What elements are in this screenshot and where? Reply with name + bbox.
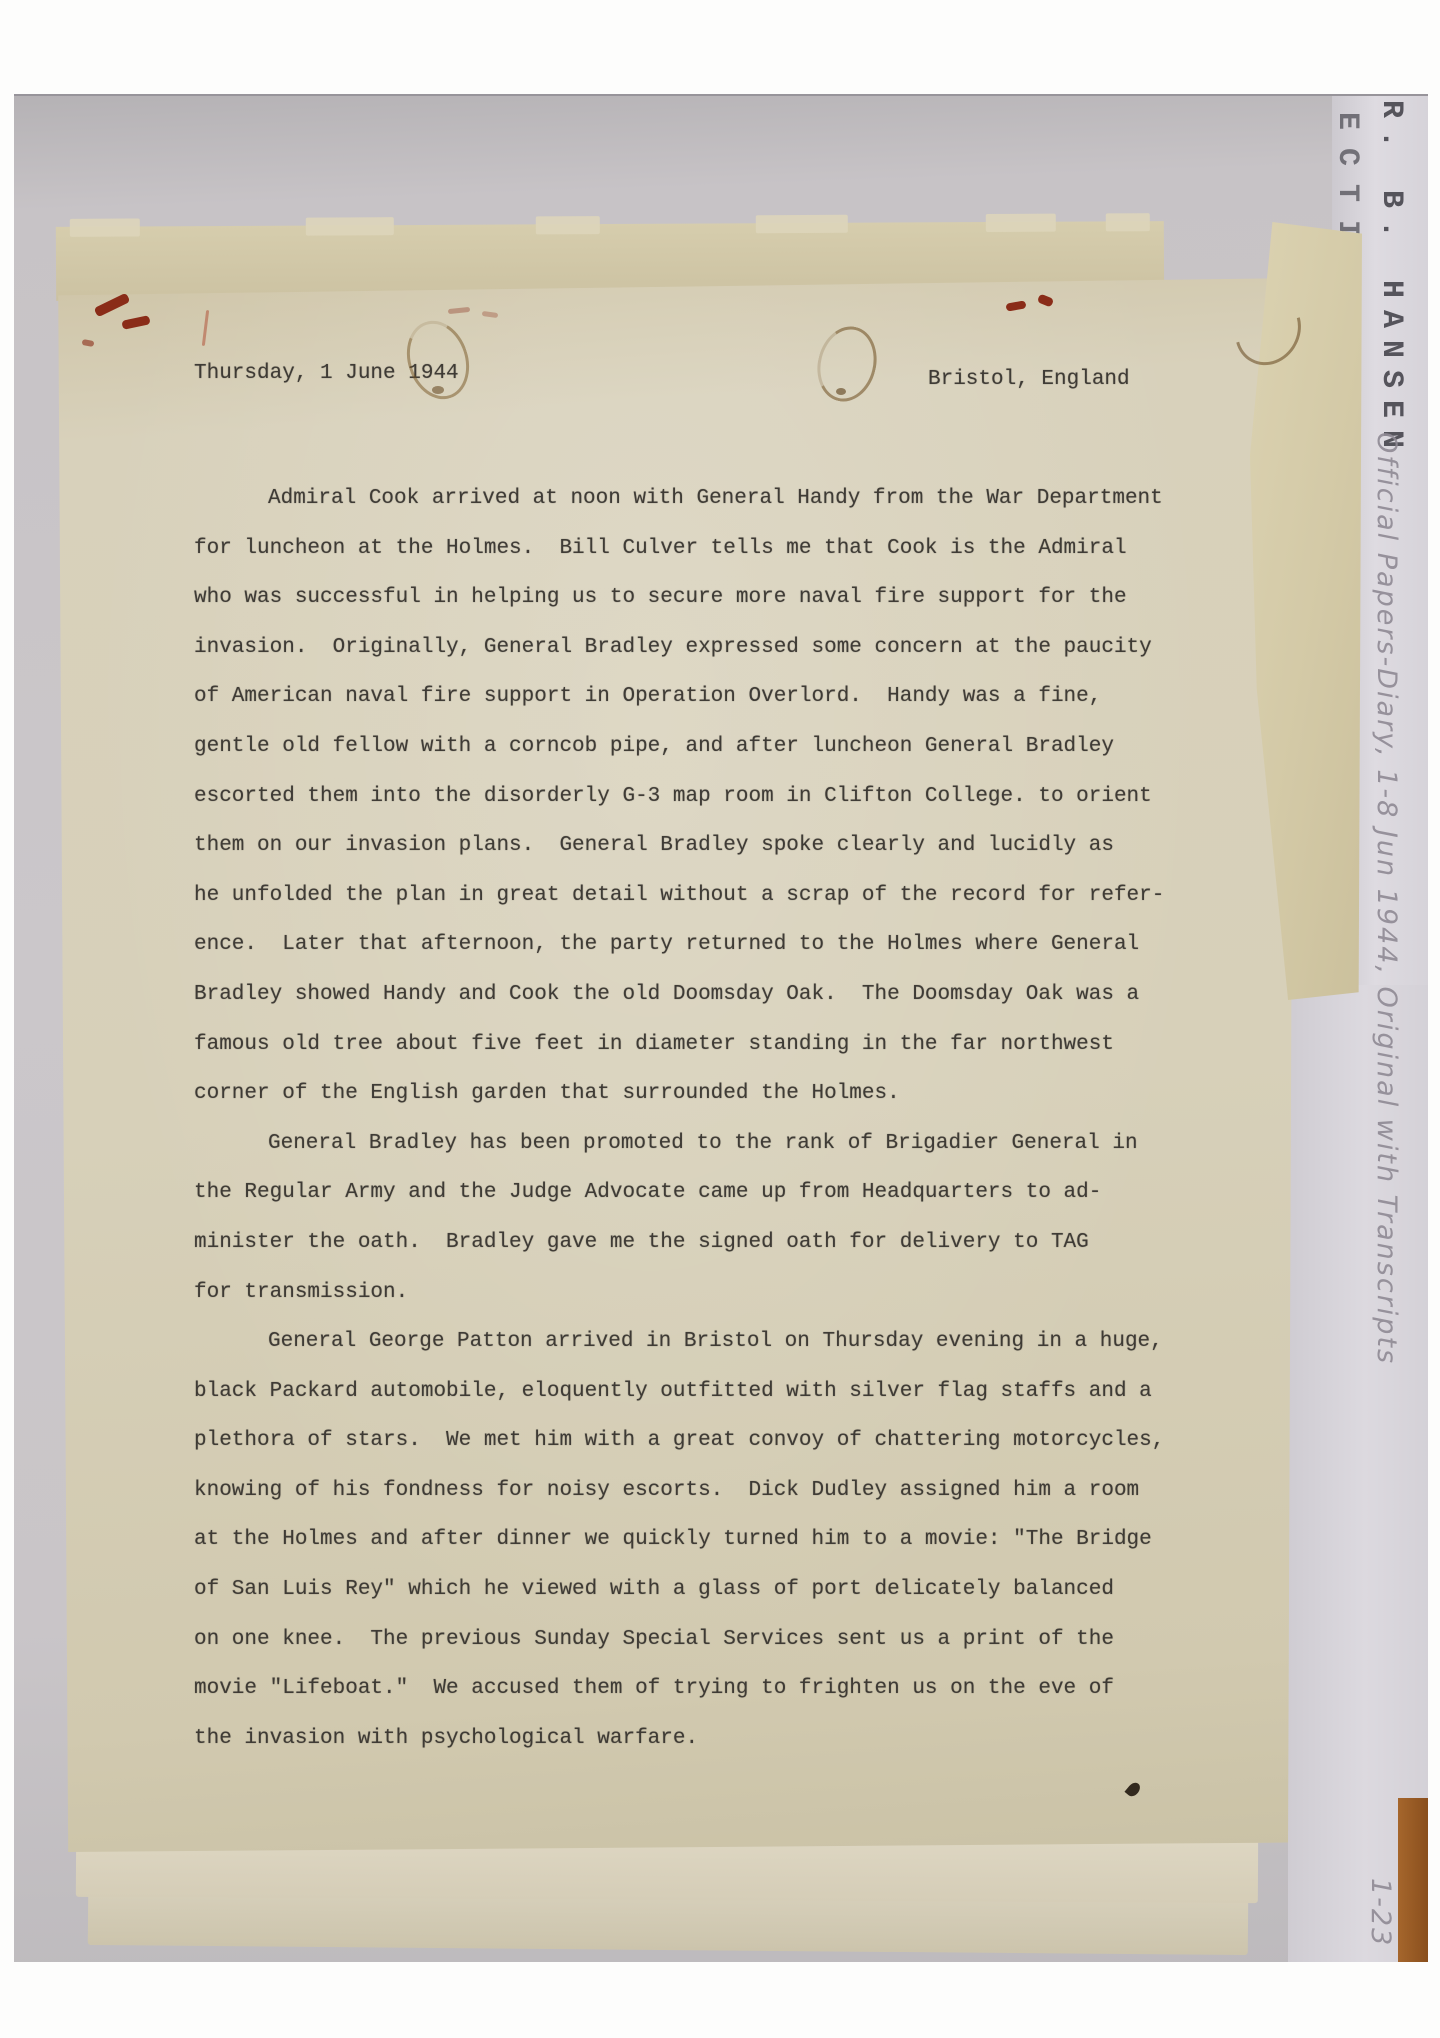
- typed-line: General George Patton arrived in Bristol…: [194, 1317, 1224, 1367]
- typed-line: General Bradley has been promoted to the…: [194, 1119, 1224, 1169]
- diary-page: Thursday, 1 June 1944 Bristol, England A…: [52, 278, 1298, 1852]
- handwritten-archive-note: Official Papers-Diary, 1-8 Jun 1944, Ori…: [1371, 432, 1402, 1365]
- typed-line: the invasion with psychological warfare.: [194, 1714, 1224, 1764]
- typed-line: escorted them into the disorderly G-3 ma…: [194, 772, 1224, 822]
- typed-line: he unfolded the plan in great detail wit…: [194, 871, 1224, 921]
- tape-tab: [1106, 213, 1150, 231]
- scan-margin-bottom: [0, 1962, 1440, 2038]
- scan-margin-right: [1428, 0, 1440, 2038]
- typed-line: them on our invasion plans. General Brad…: [194, 821, 1224, 871]
- tape-tab: [756, 215, 848, 233]
- rust-spot: [836, 388, 846, 395]
- typed-line: black Packard automobile, eloquently out…: [194, 1367, 1224, 1417]
- typed-line: famous old tree about five feet in diame…: [194, 1020, 1224, 1070]
- typed-line: minister the oath. Bradley gave me the s…: [194, 1218, 1224, 1268]
- collection-stamp-name: R. B. HANSEN: [1374, 100, 1408, 460]
- tape-tab: [70, 218, 140, 236]
- typed-line: of American naval fire support in Operat…: [194, 672, 1224, 722]
- typed-line: gentle old fellow with a corncob pipe, a…: [194, 722, 1224, 772]
- typed-line: corner of the English garden that surrou…: [194, 1069, 1224, 1119]
- rust-spot: [432, 386, 444, 394]
- location-line: Bristol, England: [928, 368, 1130, 391]
- typed-line: invasion. Originally, General Bradley ex…: [194, 623, 1224, 673]
- binder-spine-edge: [1398, 1798, 1428, 1962]
- handwritten-page-ref: 1-23: [1365, 1878, 1396, 1947]
- typed-line: on one knee. The previous Sunday Special…: [194, 1615, 1224, 1665]
- typed-line: the Regular Army and the Judge Advocate …: [194, 1168, 1224, 1218]
- tape-tab: [986, 214, 1056, 232]
- typed-line: for transmission.: [194, 1268, 1224, 1318]
- typed-line: Admiral Cook arrived at noon with Genera…: [194, 474, 1224, 524]
- typed-body: Admiral Cook arrived at noon with Genera…: [194, 474, 1224, 1763]
- typed-line: plethora of stars. We met him with a gre…: [194, 1416, 1224, 1466]
- typed-line: for luncheon at the Holmes. Bill Culver …: [194, 524, 1224, 574]
- typed-line: at the Holmes and after dinner we quickl…: [194, 1515, 1224, 1565]
- document-scan: R. B. HANSEN ECTION Official Papers-Diar…: [0, 0, 1440, 2038]
- typed-line: knowing of his fondness for noisy escort…: [194, 1466, 1224, 1516]
- typed-line: movie "Lifeboat." We accused them of try…: [194, 1664, 1224, 1714]
- typed-line: ence. Later that afternoon, the party re…: [194, 920, 1224, 970]
- tape-tab: [306, 217, 394, 235]
- typed-line: Bradley showed Handy and Cook the old Do…: [194, 970, 1224, 1020]
- tape-tab: [536, 216, 600, 234]
- typed-line: of San Luis Rey" which he viewed with a …: [194, 1565, 1224, 1615]
- typed-line: who was successful in helping us to secu…: [194, 573, 1224, 623]
